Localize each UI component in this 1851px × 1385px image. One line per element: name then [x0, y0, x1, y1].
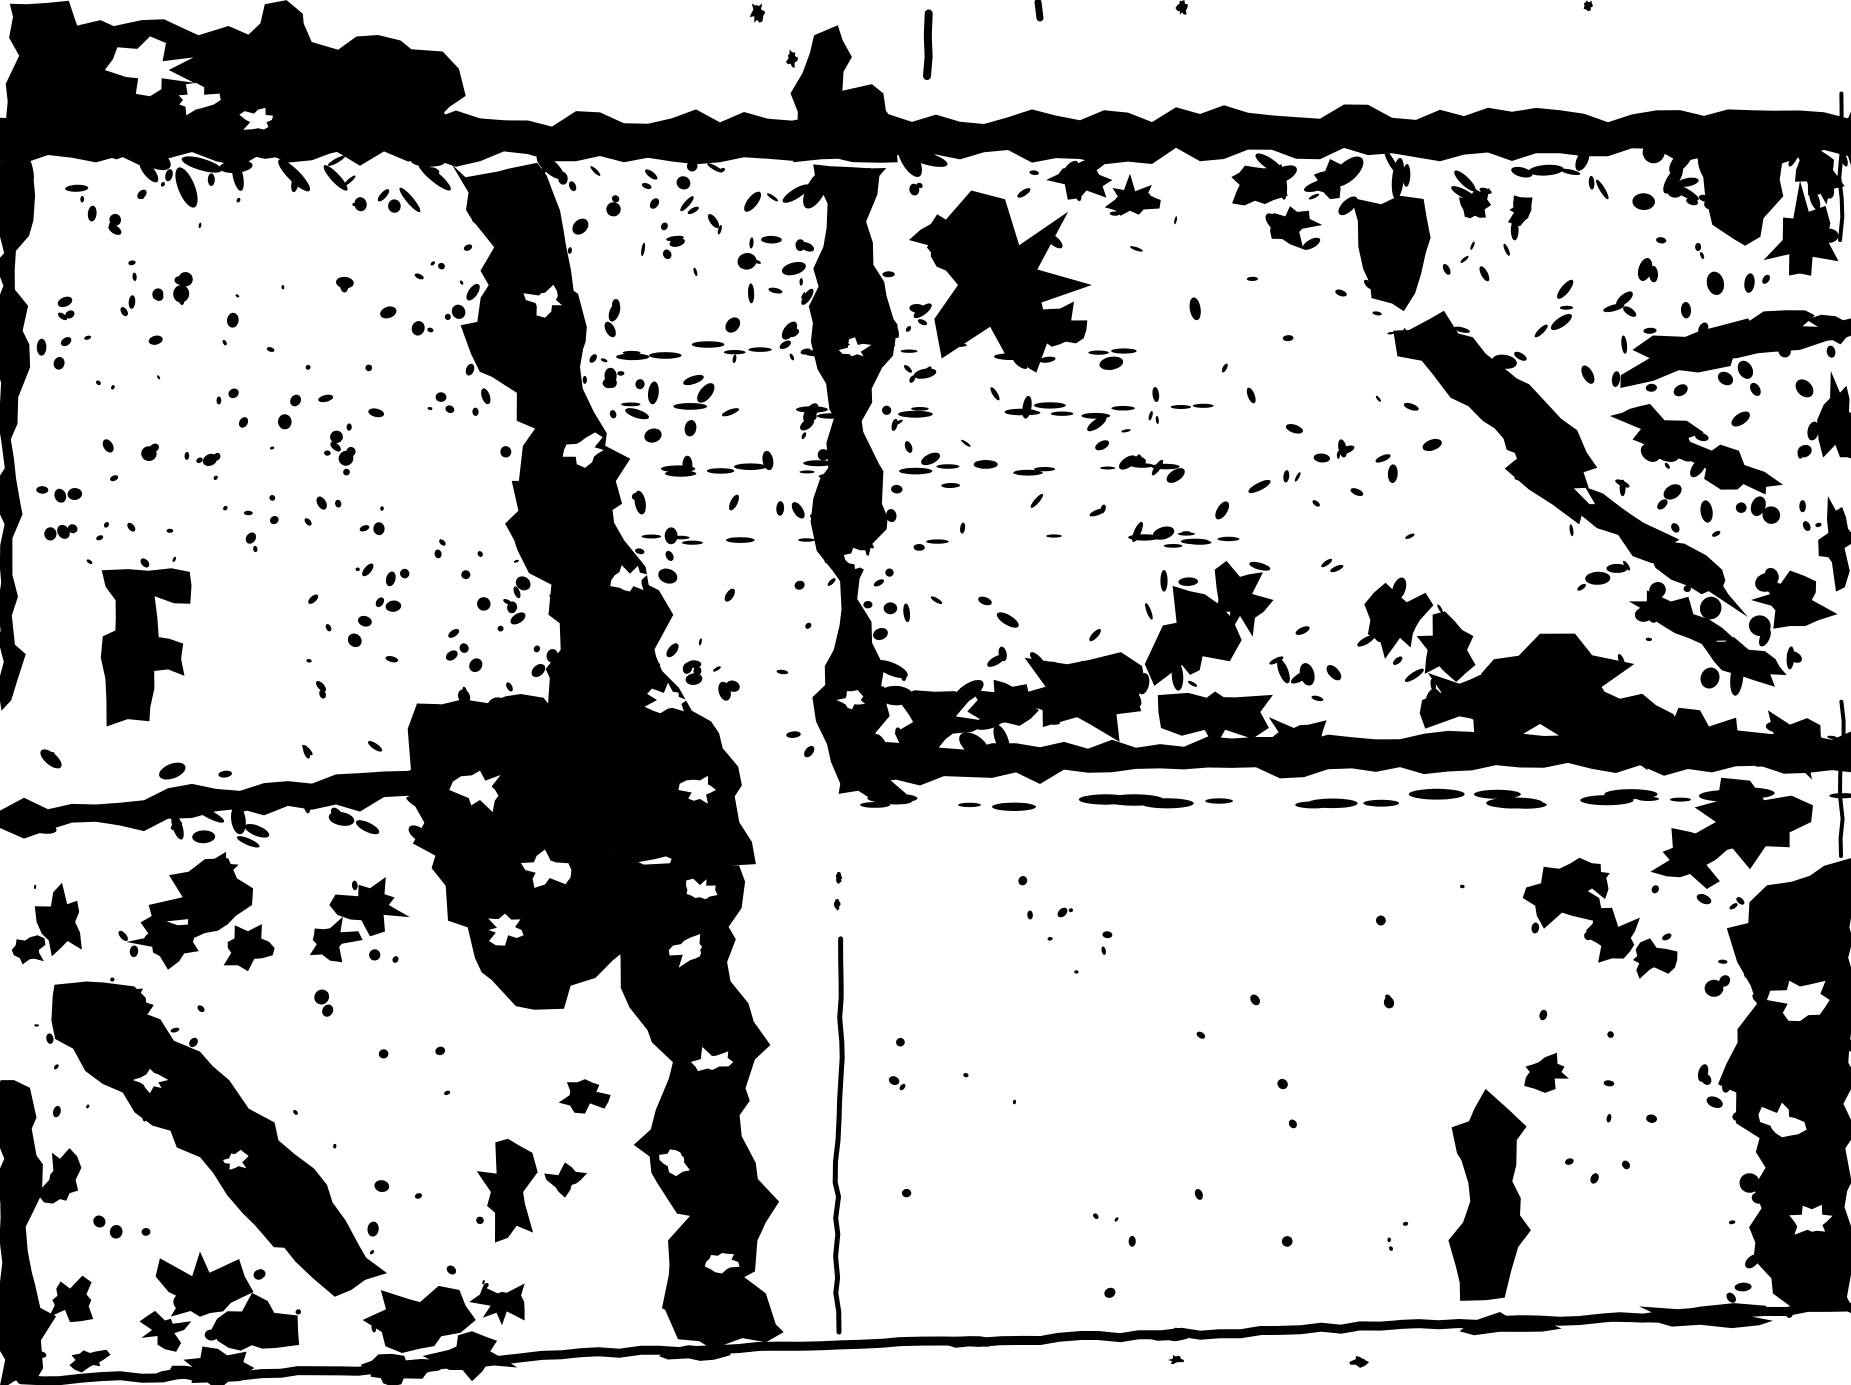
binarized-photocopy-canvas	[0, 0, 1851, 1385]
scanned-photograph	[0, 0, 1851, 1385]
